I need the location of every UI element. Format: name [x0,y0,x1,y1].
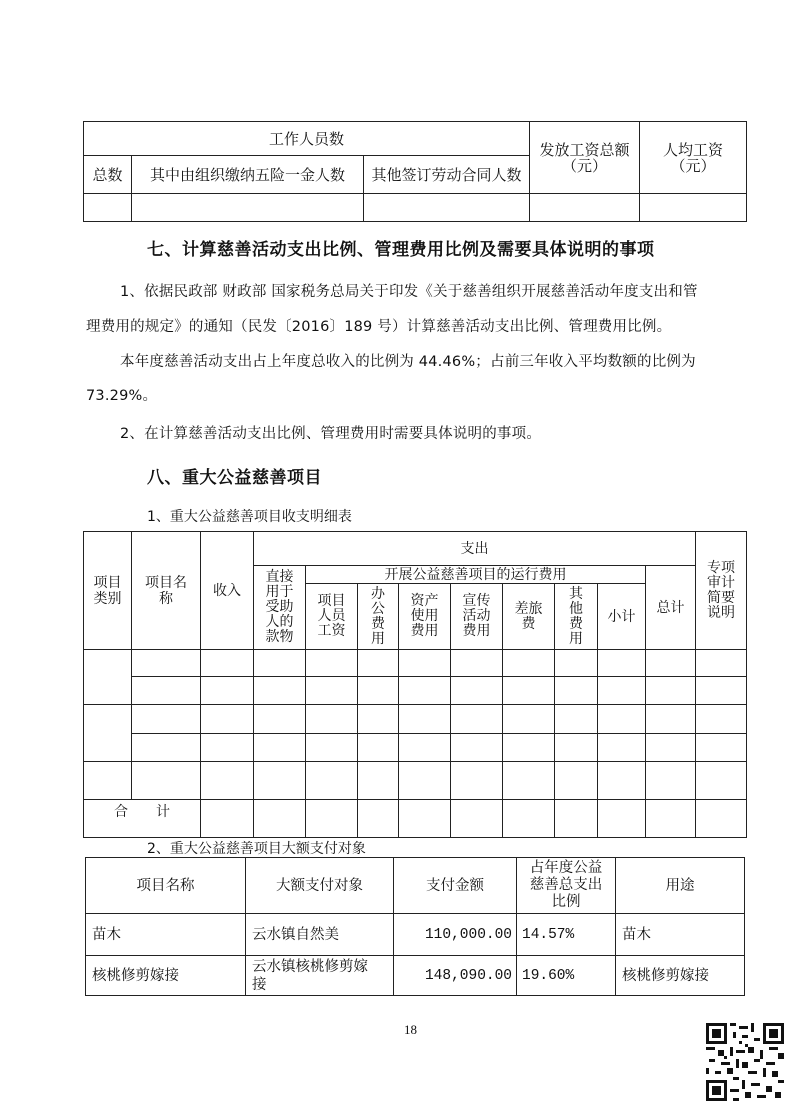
table-row [84,762,747,800]
cell [503,800,555,838]
category-cell [84,762,132,800]
name-header: 项目名 称 [132,532,201,650]
cell [503,734,555,762]
header-line: 费 [555,617,597,632]
amount-cell: 110,000.00 [394,914,517,956]
header-line: 费 [503,617,554,632]
cell-salary-avg [640,194,747,222]
header-line: 占年度公益 [517,860,615,877]
cell [646,800,696,838]
ratio-header: 占年度公益 慈善总支出 比例 [517,858,616,914]
table-row: 核桃修剪嫁接 云水镇核桃修剪嫁 接 148,090.00 19.60% 核桃修剪… [86,956,745,996]
cell [358,650,399,677]
insured-header: 其中由组织缴纳五险一金人数 [132,156,364,194]
cell [696,734,747,762]
cell [555,705,598,734]
cell-salary-total [530,194,640,222]
cell [646,762,696,800]
cell [399,800,451,838]
office-cost-header: 办 公 费 用 [358,584,399,650]
cell [451,800,503,838]
payee-line: 云水镇核桃修剪嫁 [252,958,393,976]
header-line: 费用 [451,624,502,639]
section8-sub2: 2、重大公益慈善项目大额支付对象 [147,838,366,858]
table-row [84,734,747,762]
cell [555,650,598,677]
total-row: 合 计 [84,800,747,838]
section7-para1-line1: 1、依据民政部 财政部 国家税务总局关于印发《关于慈善组织开展慈善活动年度支出和… [120,283,698,301]
expense-header: 支出 [254,532,696,566]
cell [451,734,503,762]
header-line: 使用 [399,609,450,624]
cell [646,677,696,705]
cell-contract [364,194,530,222]
cell [451,677,503,705]
cell [696,800,747,838]
cell [646,734,696,762]
cell [598,734,646,762]
header-line: 人的 [254,615,305,630]
header-line: 用于 [254,585,305,600]
staff-wage-header: 项目 人员 工资 [306,584,358,650]
header-line: 项目 [306,594,357,609]
running-cost-header: 开展公益慈善项目的运行费用 [306,566,646,584]
cell [555,800,598,838]
header-line: 款物 [254,630,305,645]
cell [358,734,399,762]
payee-header: 大额支付对象 [246,858,394,914]
cell [358,705,399,734]
payee-line: 云水镇自然美 [252,927,393,943]
section8-sub1: 1、重大公益慈善项目收支明细表 [147,506,352,526]
usage-cell: 苗木 [616,914,745,956]
cell [451,705,503,734]
header-line: 资产 [399,594,450,609]
amount-cell: 148,090.00 [394,956,517,996]
cell [201,762,254,800]
cell [503,762,555,800]
cell [201,800,254,838]
cell [254,705,306,734]
page-number: 18 [404,1022,417,1038]
header-line: 慈善总支出 [517,877,615,894]
cell [132,677,201,705]
header-line: 称 [132,591,200,607]
other-cost-header: 其 他 费 用 [555,584,598,650]
project-name-header: 项目名称 [86,858,246,914]
cell [399,762,451,800]
table-row [84,650,747,677]
cell [254,762,306,800]
header-line: 费 [358,617,398,632]
section7-para1-line2: 理费用的规定》的通知（民发〔2016〕189 号）计算慈善活动支出比例、管理费用… [86,318,671,336]
total-row-label: 合 计 [84,800,201,838]
header-line: 办 [358,587,398,602]
project-name-cell: 核桃修剪嫁接 [86,956,246,996]
cell [598,762,646,800]
cell [399,734,451,762]
cell [598,705,646,734]
header-line: 说明 [696,606,746,621]
cell [555,762,598,800]
audit-header: 专项 审计 简要 说明 [696,532,747,650]
header-line: 审计 [696,576,746,591]
cell [555,734,598,762]
header-line: 项目名 [132,575,200,591]
qr-code-icon [706,1023,784,1101]
salary-avg-label: 人均工资 [640,142,746,158]
section7-para3: 2、在计算慈善活动支出比例、管理费用时需要具体说明的事项。 [120,425,541,443]
subtotal-header: 小计 [598,584,646,650]
cell [503,705,555,734]
cell [399,650,451,677]
cell [696,762,747,800]
header-line: 受助 [254,600,305,615]
direct-aid-header: 直接 用于 受助 人的 款物 [254,566,306,650]
cell [696,650,747,677]
section7-title: 七、计算慈善活动支出比例、管理费用比例及需要具体说明的事项 [147,235,655,260]
cell [451,650,503,677]
cell [306,800,358,838]
header-line: 工资 [306,624,357,639]
header-line: 活动 [451,609,502,624]
cell-insured [132,194,364,222]
cell [306,734,358,762]
cell [598,677,646,705]
project-detail-table: 项目 类别 项目名 称 收入 支出 专项 审计 简要 说明 直接 用于 受助 人… [83,531,747,838]
cell [696,677,747,705]
usage-header: 用途 [616,858,745,914]
header-line: 他 [555,602,597,617]
cell [555,677,598,705]
header-line: 用 [358,632,398,647]
cell [451,762,503,800]
cell [646,650,696,677]
section8-title: 八、重大公益慈善项目 [147,463,322,488]
cell [132,762,201,800]
header-line: 人员 [306,609,357,624]
cell [503,677,555,705]
cell [254,650,306,677]
header-line: 项目 [84,575,131,591]
cell [132,734,201,762]
cell [358,677,399,705]
cell [696,705,747,734]
income-header: 收入 [201,532,254,650]
header-line: 比例 [517,894,615,911]
staff-group-header: 工作人员数 [84,122,530,156]
header-line: 差旅 [503,602,554,617]
cell [254,800,306,838]
cell [201,650,254,677]
salary-total-unit: （元） [530,158,639,174]
header-line: 其 [555,587,597,602]
table-row [84,705,747,734]
table-row [84,194,747,222]
salary-total-header: 发放工资总额 （元） [530,122,640,194]
header-line: 宣传 [451,594,502,609]
cell [201,705,254,734]
cell-total [84,194,132,222]
header-line: 专项 [696,561,746,576]
cell [132,705,201,734]
ratio-cell: 19.60% [517,956,616,996]
cell [306,762,358,800]
header-line: 直接 [254,570,305,585]
payee-cell: 云水镇核桃修剪嫁 接 [246,956,394,996]
cell [598,800,646,838]
project-name-cell: 苗木 [86,914,246,956]
table-row [84,677,747,705]
table-row: 苗木 云水镇自然美 110,000.00 14.57% 苗木 [86,914,745,956]
salary-avg-header: 人均工资 （元） [640,122,747,194]
large-payment-table: 项目名称 大额支付对象 支付金额 占年度公益 慈善总支出 比例 用途 苗木 云水… [85,857,745,996]
category-header: 项目 类别 [84,532,132,650]
header-line: 简要 [696,591,746,606]
cell [399,705,451,734]
cell [399,677,451,705]
travel-cost-header: 差旅 费 [503,584,555,650]
staff-table: 工作人员数 发放工资总额 （元） 人均工资 （元） 总数 其中由组织缴纳五险一金… [83,121,747,222]
cell [646,705,696,734]
cell [306,705,358,734]
salary-total-label: 发放工资总额 [530,142,639,158]
usage-cell: 核桃修剪嫁接 [616,956,745,996]
cell [201,677,254,705]
header-line: 用 [555,632,597,647]
payee-line: 接 [252,976,393,994]
header-line: 公 [358,602,398,617]
cell [503,650,555,677]
cell [598,650,646,677]
contract-header: 其他签订劳动合同人数 [364,156,530,194]
cell [254,734,306,762]
category-cell [84,705,132,762]
amount-header: 支付金额 [394,858,517,914]
header-line: 费用 [399,624,450,639]
grand-total-header: 总计 [646,566,696,650]
cell [306,677,358,705]
cell [358,762,399,800]
category-cell [84,650,132,705]
salary-avg-unit: （元） [640,158,746,174]
header-line: 类别 [84,591,131,607]
cell [306,650,358,677]
total-header: 总数 [84,156,132,194]
asset-cost-header: 资产 使用 费用 [399,584,451,650]
section7-para2-line2: 73.29%。 [86,387,157,405]
cell [358,800,399,838]
cell [254,677,306,705]
promo-cost-header: 宣传 活动 费用 [451,584,503,650]
cell [132,650,201,677]
payee-cell: 云水镇自然美 [246,914,394,956]
cell [201,734,254,762]
ratio-cell: 14.57% [517,914,616,956]
section7-para2-line1: 本年度慈善活动支出占上年度总收入的比例为 44.46%；占前三年收入平均数额的比… [120,353,696,371]
